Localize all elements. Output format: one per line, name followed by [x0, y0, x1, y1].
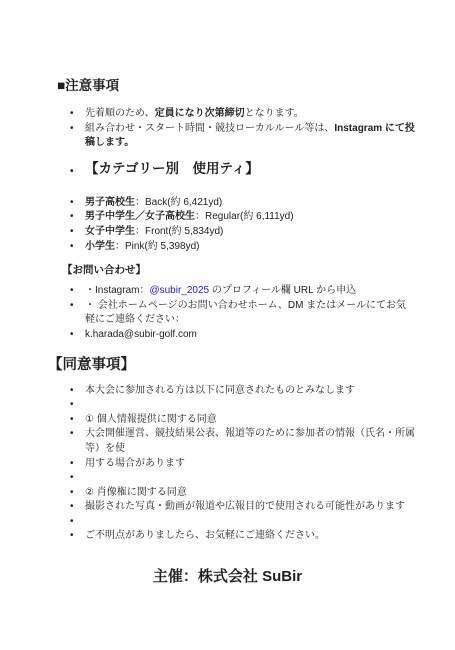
document-page: ■注意事項 先着順のため、定員になり次第締切となります。組み合わせ・スタート時間…: [0, 0, 455, 650]
agreement-section-heading: 【同意事項】: [48, 355, 415, 375]
text-segment: ご不明点がありましたら、お気軽にご連絡ください。: [85, 530, 325, 541]
text-segment: ・ 会社ホームページのお問い合わせホーム、DM またはメールにてお気軽にご連絡く…: [85, 300, 406, 326]
notice-bullet-item: 組み合わせ・スタート時間・競技ローカルルール等は、Instagram にて投稿し…: [85, 122, 415, 151]
text-segment: 男子高校生: [85, 197, 135, 208]
text-segment: ・Instagram：: [85, 285, 149, 296]
text-segment: 女子中学生: [85, 226, 135, 237]
organizer-text: 主催：株式会社 SuBir: [0, 568, 455, 586]
agreement-bullet-item: [85, 515, 415, 530]
text-segment: ① 個人情報提供に関する同意: [85, 414, 217, 425]
contact-bullet-item: k.harada@subir-golf.com: [85, 328, 415, 343]
text-segment: 定員になり次第締切: [155, 108, 245, 119]
contact-bullet-item: ・Instagram：@subir_2025 のプロフィール欄 URL から申込: [85, 284, 415, 299]
agreement-bullet-item: 撮影された写真・動画が報道や広報目的で使用される可能性があります: [85, 500, 415, 515]
text-segment: 男子中学生／女子高校生: [85, 211, 195, 222]
text-segment: 大会開催運営、競技結果公表、報道等のために参加者の情報（氏名・所属等）を使: [85, 428, 415, 454]
text-segment: 用する場合があります: [85, 458, 185, 469]
text-segment: 先着順のため、: [85, 108, 155, 119]
notice-section-heading: ■注意事項: [57, 78, 415, 94]
agreement-bullet-item: 大会開催運営、競技結果公表、報道等のために参加者の情報（氏名・所属等）を使: [85, 427, 415, 456]
notice-bullet-list: 先着順のため、定員になり次第締切となります。組み合わせ・スタート時間・競技ローカ…: [85, 107, 415, 151]
agreement-bullet-item: ① 個人情報提供に関する同意: [85, 413, 415, 428]
text-segment: 小学生: [85, 241, 115, 252]
text-segment: ：Regular(約 6,111yd): [195, 211, 294, 222]
contact-bullet-item: ・ 会社ホームページのお問い合わせホーム、DM またはメールにてお気軽にご連絡く…: [85, 299, 415, 328]
text-segment: となります。: [245, 108, 304, 119]
notice-bullet-item: 先着順のため、定員になり次第締切となります。: [85, 107, 415, 122]
text-segment: ：Back(約 6,421yd): [135, 197, 222, 208]
text-segment: 撮影された写真・動画が報道や広報目的で使用される可能性があります: [85, 501, 405, 512]
text-segment: ：Front(約 5,834yd): [135, 226, 223, 237]
agreement-bullet-item: 用する場合があります: [85, 457, 415, 472]
text-segment: 組み合わせ・スタート時間・競技ローカルルール等は、: [85, 123, 334, 134]
agreement-bullet-list: 本大会に参加される方は以下に同意されたものとみなします① 個人情報提供に関する同…: [85, 384, 415, 545]
agreement-bullet-item: ご不明点がありましたら、お気軽にご連絡ください。: [85, 529, 415, 544]
instagram-handle-link[interactable]: @subir_2025: [149, 285, 209, 296]
text-segment: のプロフィール欄 URL から申込: [209, 285, 356, 296]
text-segment: k.harada@subir-golf.com: [85, 329, 197, 340]
category-tee-item: 男子高校生：Back(約 6,421yd): [85, 196, 415, 211]
category-tee-item: 小学生：Pink(約 5,398yd): [85, 240, 415, 255]
agreement-bullet-item: ② 肖像権に関する同意: [85, 486, 415, 501]
category-tee-item: 男子中学生／女子高校生：Regular(約 6,111yd): [85, 210, 415, 225]
agreement-bullet-item: [85, 471, 415, 486]
category-tee-heading: 【カテゴリー別 使用ティ】: [85, 159, 415, 179]
text-segment: ② 肖像権に関する同意: [85, 487, 187, 498]
text-segment: 本大会に参加される方は以下に同意されたものとみなします: [85, 385, 355, 396]
contact-bullet-list: ・Instagram：@subir_2025 のプロフィール欄 URL から申込…: [85, 284, 415, 342]
contact-section-heading: 【お問い合わせ】: [62, 264, 415, 277]
text-segment: ：Pink(約 5,398yd): [115, 241, 199, 252]
category-tee-item: 女子中学生：Front(約 5,834yd): [85, 225, 415, 240]
category-tee-list: 男子高校生：Back(約 6,421yd)男子中学生／女子高校生：Regular…: [85, 196, 415, 254]
agreement-bullet-item: 本大会に参加される方は以下に同意されたものとみなします: [85, 384, 415, 399]
agreement-bullet-item: [85, 398, 415, 413]
